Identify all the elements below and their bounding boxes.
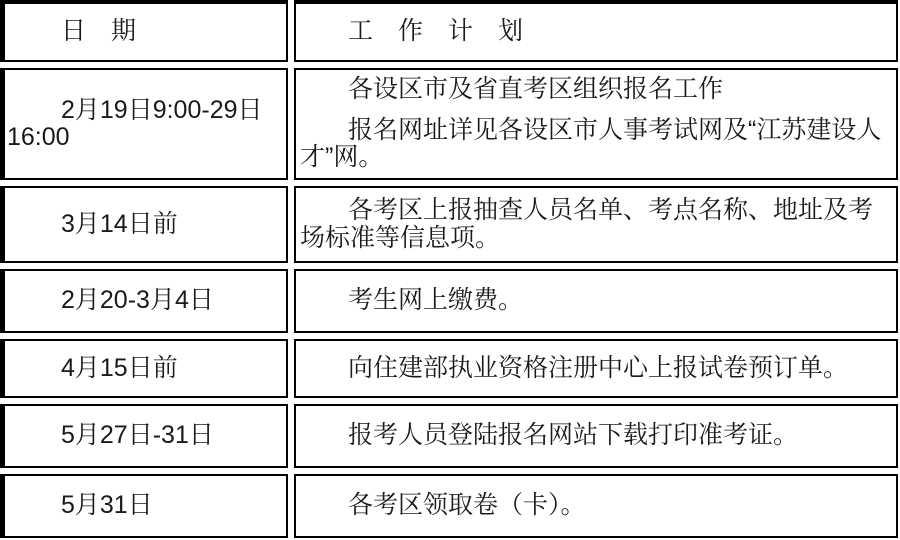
row-2-date-cell: 3月14日前 xyxy=(0,186,288,263)
date-header-label: 日 期 xyxy=(7,18,274,46)
row-6-plan-paragraph: 各考区领取卷（卡）。 xyxy=(300,492,890,520)
row-4-plan-cell: 向住建部执业资格注册中心上报试卷预订单。 xyxy=(294,339,898,398)
row-6-date: 5月31日 xyxy=(7,492,274,520)
row-6-date-cell: 5月31日 xyxy=(0,474,288,538)
row-5-plan-paragraph: 报考人员登陆报名网站下载打印准考证。 xyxy=(300,422,890,450)
row-2-plan-cell: 各考区上报抽查人员名单、考点名称、地址及考场标准等信息项。 xyxy=(294,186,898,263)
row-1-date: 2月19日9:00-29日16:00 xyxy=(7,97,274,152)
row-5-date-cell: 5月27日-31日 xyxy=(0,404,288,468)
row-1-date-cell: 2月19日9:00-29日16:00 xyxy=(0,68,288,180)
plan-header-cell: 工 作 计 划 xyxy=(294,0,898,62)
row-3-date: 2月20-3月4日 xyxy=(7,287,274,315)
row-1-plan-cell: 各设区市及省直考区组织报名工作 报名网址详见各设区市人事考试网及“江苏建设人才”… xyxy=(294,68,898,180)
row-5-plan-cell: 报考人员登陆报名网站下载打印准考证。 xyxy=(294,404,898,468)
row-4-date: 4月15日前 xyxy=(7,355,274,383)
row-4-date-cell: 4月15日前 xyxy=(0,339,288,398)
date-header-cell: 日 期 xyxy=(0,0,288,62)
row-1-plan-paragraph: 报名网址详见各设区市人事考试网及“江苏建设人才”网。 xyxy=(300,117,890,172)
row-2-date: 3月14日前 xyxy=(7,211,274,239)
row-6-plan-cell: 各考区领取卷（卡）。 xyxy=(294,474,898,538)
schedule-table: 日 期 工 作 计 划 2月19日9:00-29日16:00 各设区市及省直考区… xyxy=(0,0,898,538)
plan-header-label: 工 作 计 划 xyxy=(300,18,890,46)
row-2-plan-paragraph: 各考区上报抽查人员名单、考点名称、地址及考场标准等信息项。 xyxy=(300,197,890,252)
row-3-date-cell: 2月20-3月4日 xyxy=(0,269,288,333)
row-1-plan-paragraph: 各设区市及省直考区组织报名工作 xyxy=(300,76,890,104)
row-5-date: 5月27日-31日 xyxy=(7,422,274,450)
row-4-plan-paragraph: 向住建部执业资格注册中心上报试卷预订单。 xyxy=(300,355,890,383)
row-3-plan-paragraph: 考生网上缴费。 xyxy=(300,287,890,315)
row-3-plan-cell: 考生网上缴费。 xyxy=(294,269,898,333)
